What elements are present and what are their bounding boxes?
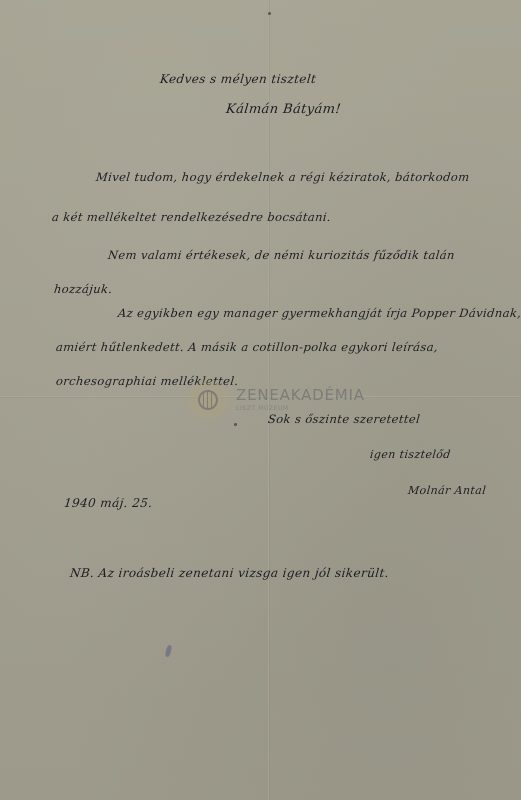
paper-speck bbox=[234, 423, 237, 426]
salutation-line-2: Kálmán Bátyám! bbox=[225, 102, 342, 117]
body-line-6: amiért hűtlenkedett. A másik a cotillon-… bbox=[55, 340, 439, 354]
letter-page: Kedves s mélyen tisztelt Kálmán Bátyám! … bbox=[0, 0, 521, 800]
paper-speck bbox=[268, 12, 271, 15]
body-line-7: orchesographiai melléklettel. bbox=[55, 374, 239, 388]
body-line-1: Mivel tudom, hogy érdekelnek a régi kézi… bbox=[95, 170, 470, 184]
letter-date: 1940 máj. 25. bbox=[63, 496, 153, 510]
closing-line-1: Sok s őszinte szeretettel bbox=[267, 412, 421, 426]
body-line-5: Az egyikben egy manager gyermekhangját í… bbox=[117, 306, 521, 320]
ink-blot-mark bbox=[165, 645, 173, 658]
body-line-2: a két mellékeltet rendelkezésedre bocsát… bbox=[51, 210, 332, 224]
body-line-4: hozzájuk. bbox=[53, 282, 113, 296]
lyre-icon bbox=[198, 390, 218, 410]
body-line-3: Nem valami értékesek, de némi kuriozitás… bbox=[107, 248, 455, 262]
vertical-fold-crease bbox=[268, 0, 270, 800]
closing-line-2: igen tisztelőd bbox=[369, 448, 451, 461]
horizontal-fold-crease bbox=[0, 396, 521, 398]
postscript: NB. Az iroásbeli zenetani vizsga igen jó… bbox=[69, 566, 389, 580]
salutation-line-1: Kedves s mélyen tisztelt bbox=[159, 72, 317, 86]
signature: Molnár Antal bbox=[407, 484, 487, 497]
